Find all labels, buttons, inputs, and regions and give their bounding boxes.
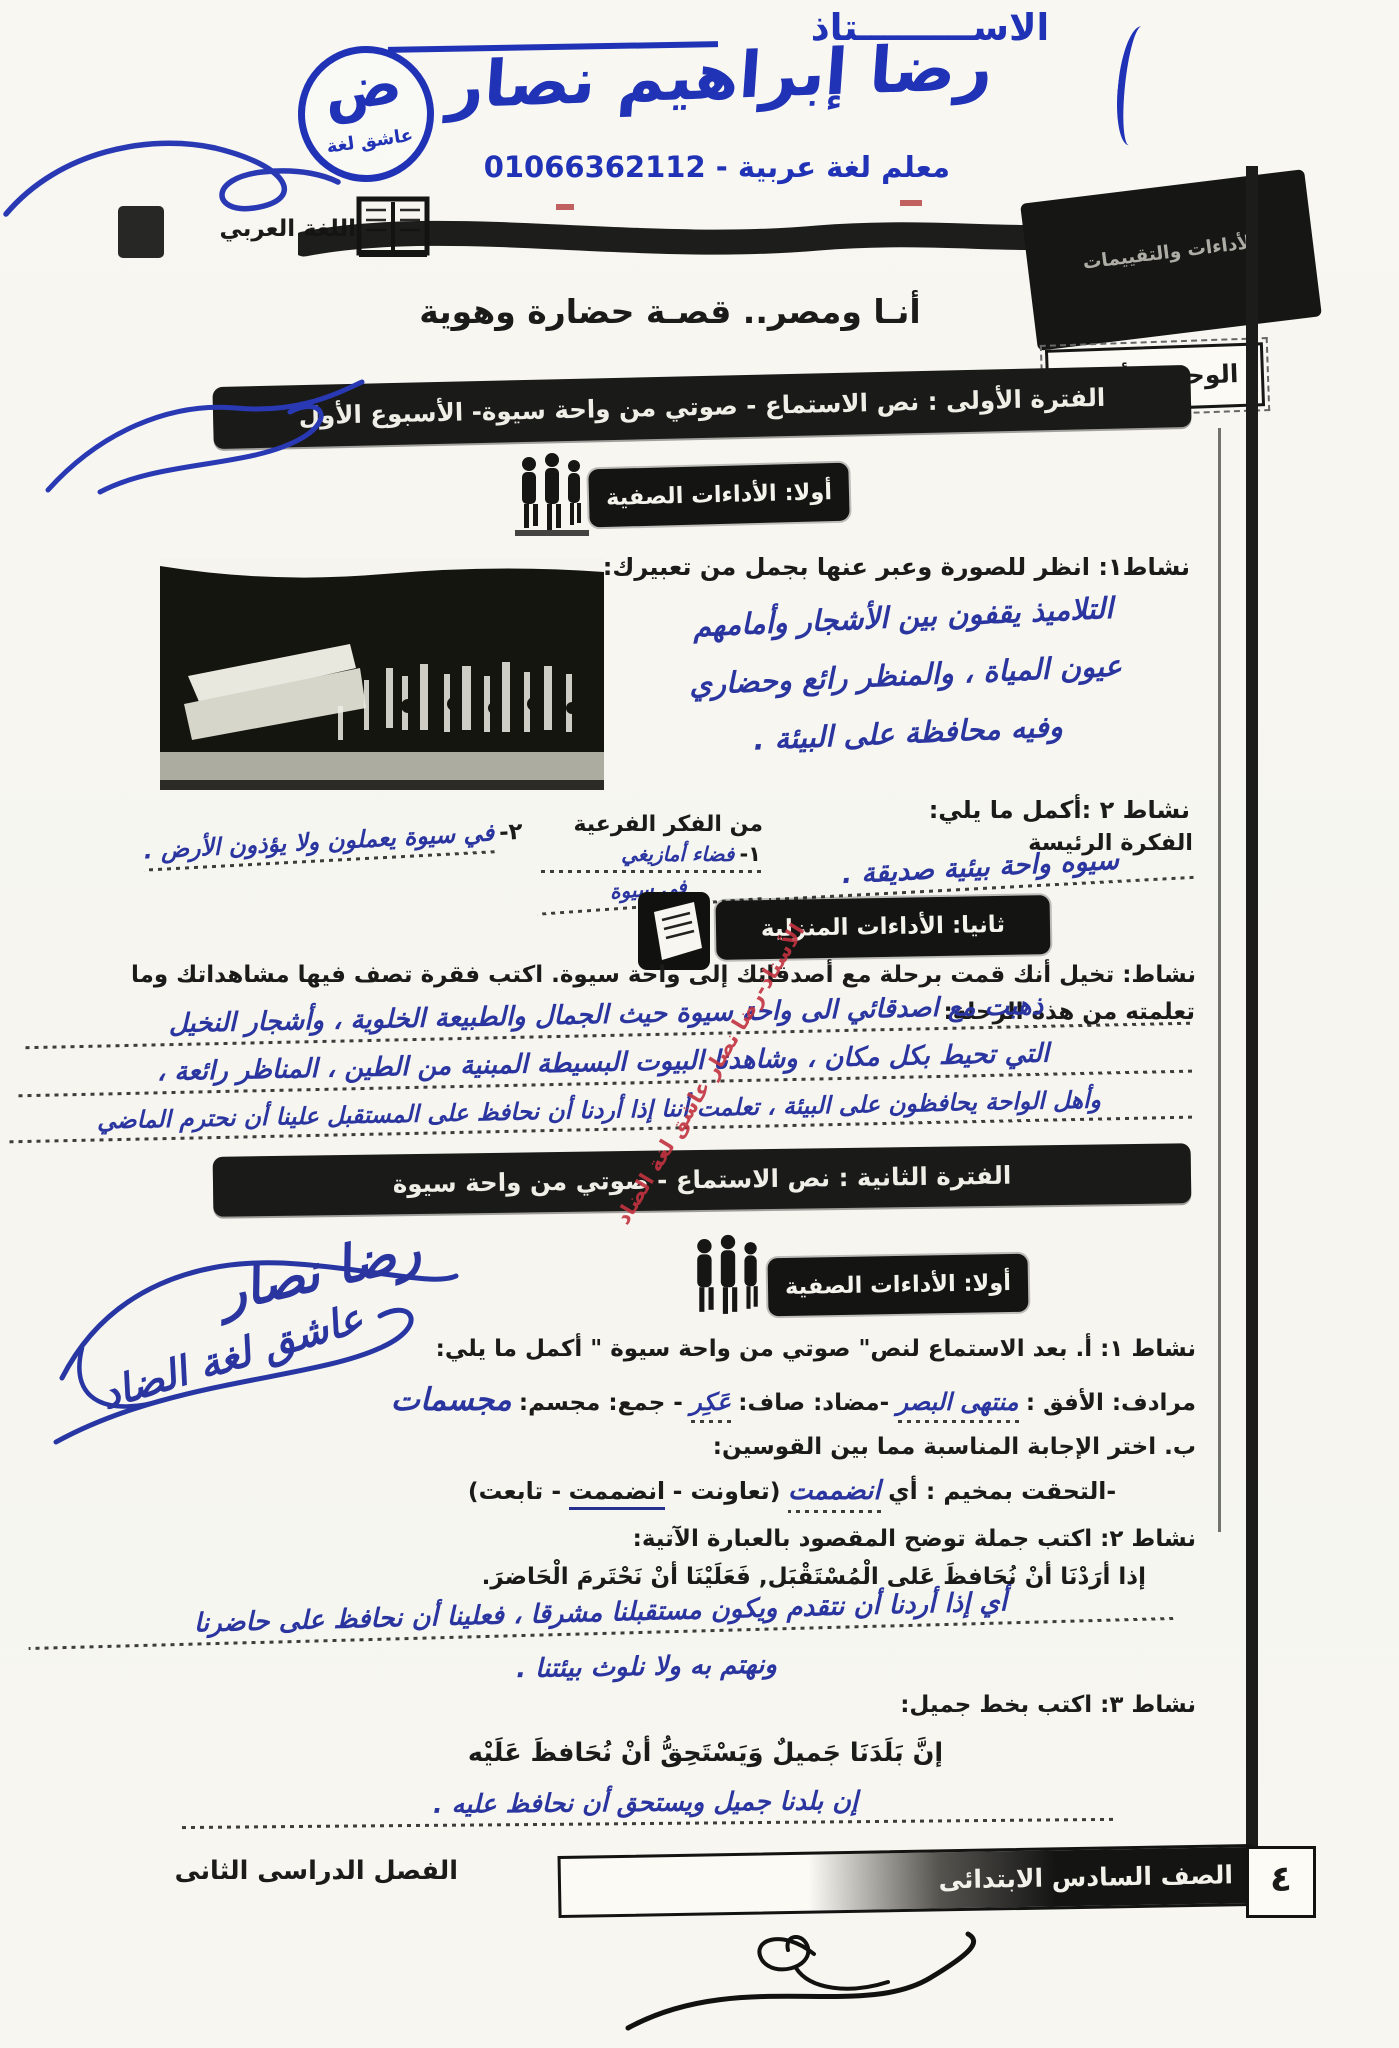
credential-line: معلم لغة عربية - 01066362112: [500, 150, 950, 184]
sub-ideas-label: من الفكر الفرعية: [528, 812, 763, 837]
page-number-box: ٤: [1246, 1846, 1316, 1918]
ink-ribbon: [298, 208, 1098, 272]
section1-badge: أولا: الأداءات الصفية: [590, 465, 847, 526]
semester-label: الفصل الدراسى الثانى: [168, 1856, 458, 1886]
activity2-label: نشاط ٢ :أكمل ما يلي:: [728, 796, 1190, 824]
page-edge-bar: [1246, 166, 1258, 1908]
margin-signature-squiggle-icon: [40, 372, 370, 522]
red-mark: [900, 200, 922, 206]
calligraphy-sentence: إنَّ بَلَدَنَا جَميلٌ وَيَسْتَحِقُّ أنْ …: [438, 1738, 973, 1768]
mcq-answer: انضممت: [788, 1476, 881, 1513]
footer-signature-flourish-icon: [598, 1922, 1028, 2048]
synonym-label: مرادف: الأفق :: [1026, 1390, 1196, 1416]
lesson-title: أنـا ومصر.. قصـة حضارة وهوية: [390, 292, 950, 331]
mcq-option-correct: انضممت: [569, 1477, 665, 1510]
sub-idea-2: ٢- في سيوة يعملون ولا يؤذون الأرض .: [18, 817, 524, 871]
choose-label: ب. اختر الإجابة المناسبة مما بين القوسين…: [678, 1434, 1196, 1460]
mcq-prefix: -التحقت بمخيم : أي: [888, 1477, 1116, 1505]
sub-idea-2-number: ٢-: [498, 819, 523, 846]
corner-tab: الأداءات والتقييمات: [1020, 169, 1322, 351]
grade-label: الصف السادس الابتدائى: [561, 1847, 1250, 1915]
plural-answer: مجسمات: [391, 1382, 512, 1418]
period2-bar: الفترة الثانية : نص الاستماع - صوتي من و…: [213, 1143, 1192, 1217]
mcq-option-post: - تابعت): [468, 1477, 561, 1505]
antonym-answer: عَكِر: [690, 1388, 731, 1423]
antonym-label: -مضاد: صاف:: [738, 1390, 889, 1416]
activity4-label: نشاط ١: أ. بعد الاستماع لنص" صوتي من واح…: [398, 1336, 1196, 1362]
corner-tab-label: الأداءات والتقييمات: [1020, 169, 1313, 280]
vocabulary-line: مرادف: الأفق : منتهى البصر -مضاد: صاف: ع…: [252, 1382, 1196, 1418]
logo-fragment: [118, 206, 164, 258]
sub-idea-1-answer: فضاء أمازيغي: [621, 842, 734, 866]
margin-rule-thin: [1218, 428, 1221, 1532]
synonym-answer: منتهى البصر: [896, 1388, 1018, 1423]
calligraphy-copy-answer: إن بلدنا جميل ويستحق أن نحافظ عليه .: [178, 1784, 1113, 1829]
activity1-label: نشاط١: انظر للصورة وعبر عنها بجمل من تعب…: [560, 553, 1190, 581]
meaning-answer-line2: ونهتم به ولا نلوث بيئتنا .: [384, 1647, 909, 1686]
sub-idea-1-number: ١-: [739, 842, 761, 866]
section2-badge: ثانيا: الأداءات المنزلية: [718, 897, 1049, 958]
mcq-line: -التحقت بمخيم : أي انضممت (تعاونت - انضم…: [388, 1476, 1196, 1506]
activity6-label: نشاط ٣: اكتب بخط جميل:: [946, 1692, 1196, 1718]
section3-badge: أولا: الأداءات الصفية: [770, 1256, 1027, 1314]
students-icon: [513, 450, 591, 540]
activity5-label: نشاط ٢: اكتب جملة توضح المقصود بالعبارة …: [552, 1526, 1196, 1552]
page-number: ٤: [1249, 1849, 1313, 1911]
meaning-answer-line1: أي إذا أردنا أن نتقدم ويكون مستقبلنا مشر…: [28, 1583, 1174, 1650]
footer-grade-bar: الصف السادس الابتدائى: [558, 1844, 1253, 1918]
mcq-option-pre: (تعاونت -: [673, 1477, 781, 1505]
handwritten-answer-1: التلاميذ يقفون بين الأشجار وأمامهم عيون …: [614, 576, 1196, 775]
plural-label: - جمع: مجسم:: [519, 1390, 683, 1416]
sub-idea-2-answer: في سيوة يعملون ولا يؤذون الأرض .: [143, 818, 495, 871]
activity3-label-line1: نشاط: تخيل أنك قمت برحلة مع أصدقائك إلى …: [228, 962, 1196, 988]
students-icon: [688, 1230, 768, 1326]
red-mark: [556, 204, 574, 210]
lesson-photo: [158, 556, 606, 794]
scanned-worksheet-page: الاســـــــــتاذ رضا إبراهيم نصار ض عاشق…: [0, 0, 1399, 2048]
